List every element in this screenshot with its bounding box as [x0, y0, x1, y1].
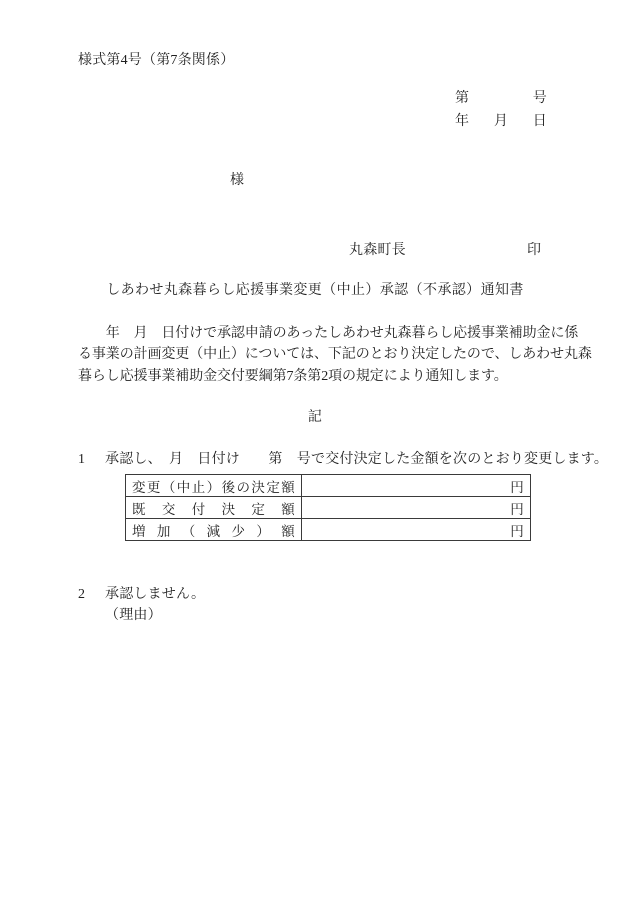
- amounts-table: 変更（中止）後の決定額 円 既交付決定額 円 増加（減少）額 円: [125, 474, 531, 541]
- sender-line: 丸森町長 印: [0, 239, 630, 259]
- row-label: 既交付決定額: [126, 497, 302, 519]
- table-row: 既交付決定額 円: [126, 497, 531, 519]
- doc-number-prefix: 第: [455, 87, 469, 110]
- doc-number-suffix: 号: [533, 87, 547, 110]
- row-unit: 円: [510, 524, 524, 539]
- table-row: 増加（減少）額 円: [126, 519, 531, 541]
- document-number-block: 第 号 年 月 日: [455, 87, 547, 133]
- row-value: 円: [302, 497, 531, 519]
- body-paragraph: 年 月 日付けで承認申請のあったしあわせ丸森暮らし応援事業補助金に係 る事業の計…: [78, 323, 592, 387]
- record-marker: 記: [0, 406, 630, 426]
- date-year-label: 年: [455, 110, 469, 133]
- body-line: 年 月 日付けで承認申請のあったしあわせ丸森暮らし応援事業補助金に係: [78, 323, 592, 344]
- date-day-label: 日: [533, 110, 547, 133]
- table-row: 変更（中止）後の決定額 円: [126, 475, 531, 497]
- item2-text: 承認しません。: [105, 587, 205, 602]
- seal-mark: 印: [527, 239, 541, 259]
- row-label: 変更（中止）後の決定額: [126, 475, 302, 497]
- row-unit: 円: [510, 480, 524, 495]
- document-title: しあわせ丸森暮らし応援事業変更（中止）承認（不承認）通知書: [0, 279, 630, 299]
- recipient-honorific: 様: [230, 169, 244, 189]
- item2-line: 2承認しません。: [78, 583, 205, 603]
- row-value: 円: [302, 519, 531, 541]
- document-number-line: 第 号: [455, 87, 547, 110]
- form-number: 様式第4号（第7条関係）: [78, 49, 234, 69]
- body-line: 暮らし応援事業補助金交付要綱第7条第2項の規定により通知します。: [78, 366, 592, 387]
- item1-text: 承認し、 月 日付け 第 号で交付決定した金額を次のとおり変更します。: [105, 452, 608, 467]
- item1-number: 1: [78, 452, 105, 468]
- row-label: 増加（減少）額: [126, 519, 302, 541]
- reason-label: （理由）: [105, 604, 162, 624]
- date-month-label: 月: [494, 110, 508, 133]
- row-value: 円: [302, 475, 531, 497]
- row-unit: 円: [510, 502, 524, 517]
- body-line: る事業の計画変更（中止）については、下記のとおり決定したので、しあわせ丸森: [78, 344, 592, 365]
- date-line: 年 月 日: [455, 110, 547, 133]
- notice-document-page: 様式第4号（第7条関係） 第 号 年 月 日 様 丸森町長 印 しあわせ丸森暮ら…: [0, 0, 630, 903]
- item2-number: 2: [78, 587, 105, 603]
- item1-line: 1承認し、 月 日付け 第 号で交付決定した金額を次のとおり変更します。: [78, 448, 608, 468]
- sender-name: 丸森町長: [349, 239, 406, 259]
